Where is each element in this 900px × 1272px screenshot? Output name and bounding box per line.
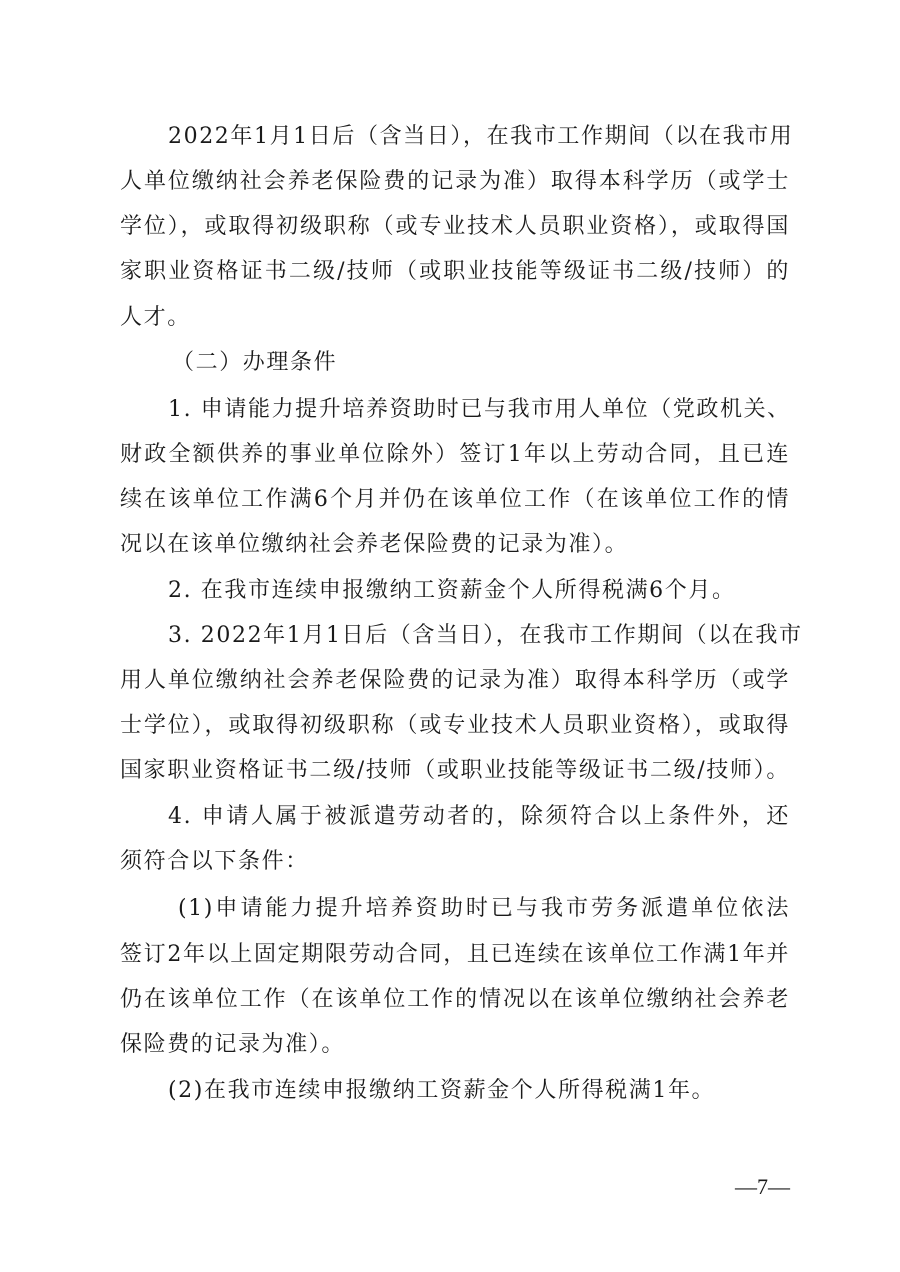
paragraph-line: 保险费的记录为准）。 bbox=[120, 1029, 790, 1061]
paragraph-line: 人才。 bbox=[120, 302, 790, 334]
paragraph-line: 签订2年以上固定期限劳动合同，且已连续在该单位工作满1年并 bbox=[120, 939, 790, 971]
document-page: 2022年1月1日后（含当日），在我市工作期间（以在我市用 人单位缴纳社会养老保… bbox=[0, 0, 900, 1272]
condition-item-3: 3. 2022年1月1日后（含当日），在我市工作期间（以在我市 bbox=[168, 620, 790, 652]
paragraph-line: 国家职业资格证书二级/技师（或职业技能等级证书二级/技师）。 bbox=[120, 755, 790, 787]
sub-condition-2: (2)在我市连续申报缴纳工资薪金个人所得税满1年。 bbox=[168, 1075, 790, 1107]
paragraph-line: 续在该单位工作满6个月并仍在该单位工作（在该单位工作的情 bbox=[120, 484, 790, 516]
condition-item-4: 4. 申请人属于被派遣劳动者的，除须符合以上条件外，还 bbox=[168, 801, 790, 833]
paragraph-line: 学位），或取得初级职称（或专业技术人员职业资格），或取得国 bbox=[120, 211, 790, 243]
paragraph-line: 况以在该单位缴纳社会养老保险费的记录为准）。 bbox=[120, 529, 790, 561]
page-number: —7— bbox=[735, 1172, 790, 1202]
paragraph-line: 仍在该单位工作（在该单位工作的情况以在该单位缴纳社会养老 bbox=[120, 984, 790, 1016]
sub-condition-1: (1)申请能力提升培养资助时已与我市劳务派遣单位依法 bbox=[178, 893, 790, 925]
paragraph-line: 须符合以下条件： bbox=[120, 846, 790, 878]
paragraph-line: 财政全额供养的事业单位除外）签订1年以上劳动合同，且已连 bbox=[120, 439, 790, 471]
paragraph-line: 士学位），或取得初级职称（或专业技术人员职业资格），或取得 bbox=[120, 710, 790, 742]
condition-item-1: 1. 申请能力提升培养资助时已与我市用人单位（党政机关、 bbox=[168, 394, 790, 426]
paragraph-line: 家职业资格证书二级/技师（或职业技能等级证书二级/技师）的 bbox=[120, 256, 790, 288]
paragraph-line: 人单位缴纳社会养老保险费的记录为准）取得本科学历（或学士 bbox=[120, 166, 790, 198]
section-heading: （二）办理条件 bbox=[172, 347, 472, 379]
paragraph-line: 2022年1月1日后（含当日），在我市工作期间（以在我市用 bbox=[168, 121, 790, 153]
condition-item-2: 2. 在我市连续申报缴纳工资薪金个人所得税满6个月。 bbox=[168, 575, 790, 607]
paragraph-line: 用人单位缴纳社会养老保险费的记录为准）取得本科学历（或学 bbox=[120, 665, 790, 697]
